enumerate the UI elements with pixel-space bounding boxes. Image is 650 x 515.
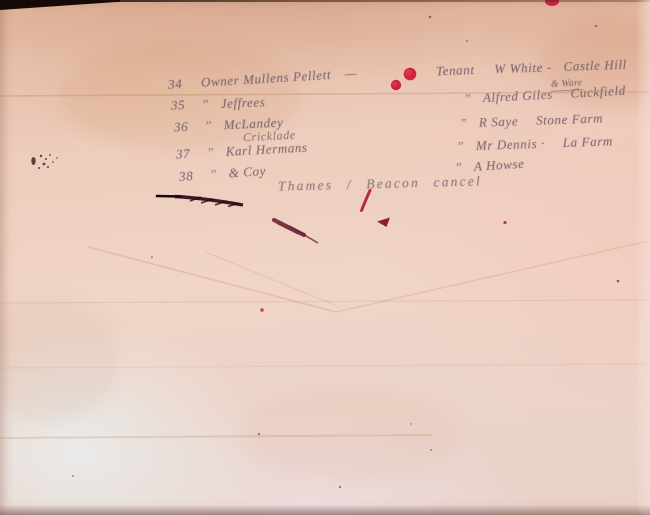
ditto-mark: ” (206, 166, 220, 183)
ditto-mark: ” (457, 115, 471, 131)
entry-name: Alfred Giles (483, 87, 554, 106)
entry-number: 35 (171, 97, 196, 114)
entry-name: Karl Hermans (225, 140, 308, 159)
ditto-mark: ” (199, 96, 213, 112)
entry-place: Stone Farm (536, 110, 604, 127)
entry-name: & Coy (228, 163, 266, 181)
ditto-mark: ” (461, 91, 475, 108)
page-right-edge-highlight (636, 0, 650, 515)
ditto-mark: ” (202, 118, 216, 135)
ditto-mark: ” (203, 144, 217, 161)
entry-name: R Saye (479, 113, 519, 129)
entry-place: Castle Hill (563, 57, 627, 74)
entry-number: 36 (174, 118, 199, 135)
entry-name: W White - (494, 59, 552, 76)
entry-place: Cuckfield (570, 83, 626, 101)
entry-name: Mr Dennis · (476, 136, 546, 153)
scanned-ledger-page: 34 Owner Mullens Pellett — 35 ” Jeffrees… (0, 0, 650, 515)
entry-suffix: — (344, 65, 356, 81)
ledger-row-left-1: 35 ” Jeffrees (171, 94, 266, 113)
tenant-header: Tenant (436, 62, 475, 79)
entry-number: 37 (176, 145, 201, 162)
page-bottom-edge-shadow (0, 505, 650, 515)
ditto-mark: ” (454, 138, 468, 154)
entry-place: La Farm (562, 133, 613, 150)
entry-name: A Howse (473, 156, 524, 174)
paper-stain (240, 390, 460, 480)
entry-name: Jeffrees (220, 94, 265, 111)
entry-number: 34 (168, 75, 193, 92)
entry-number: 38 (179, 167, 204, 185)
